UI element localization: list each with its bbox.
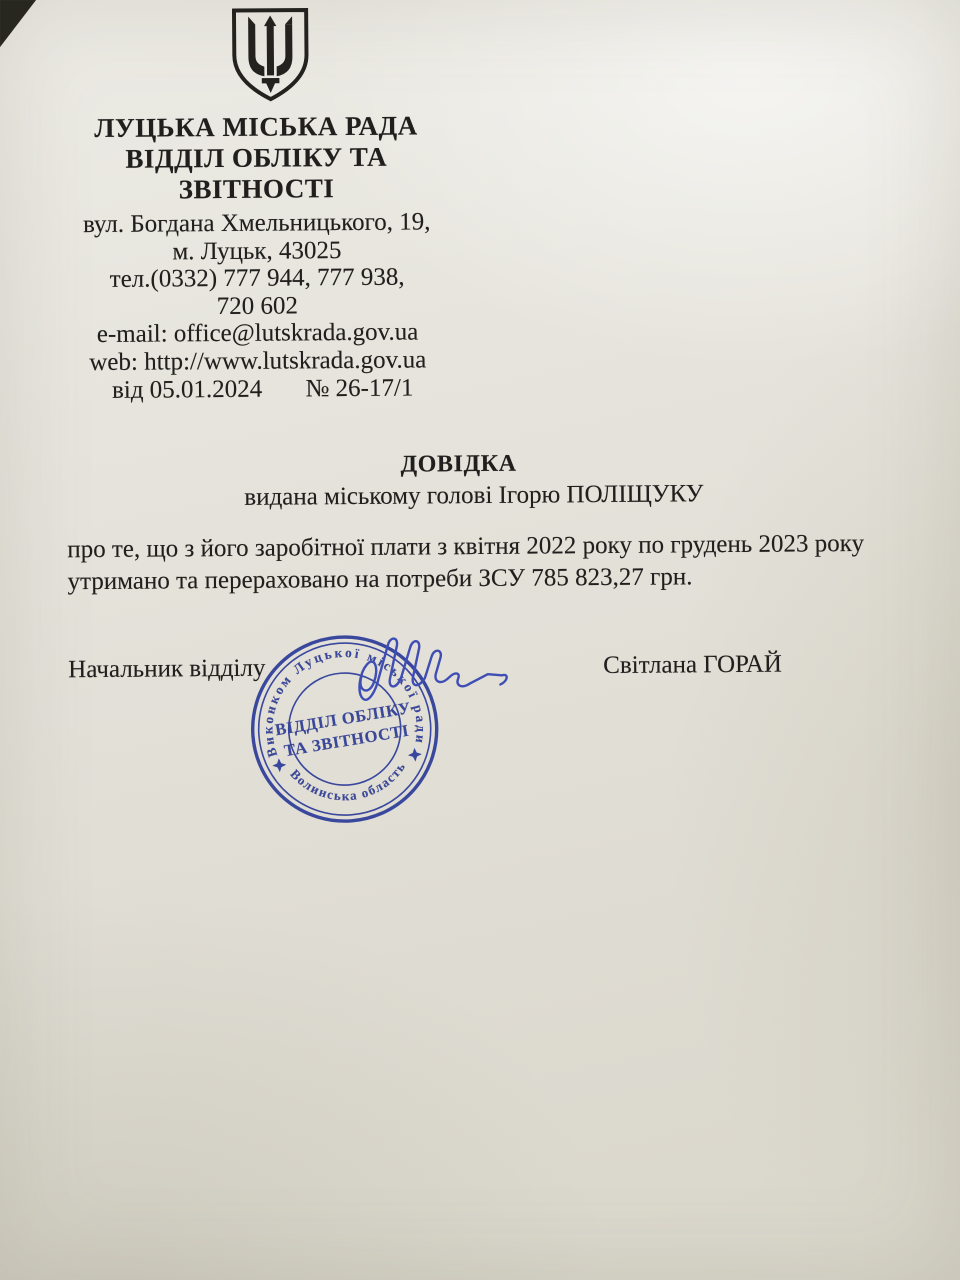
signer-position: Начальник відділу — [68, 655, 265, 685]
org-name-line2: ВІДДІЛ ОБЛІКУ ТА — [33, 141, 479, 176]
trident-icon — [248, 15, 293, 93]
document-content: ЛУЦЬКА МІСЬКА РАДА ВІДДІЛ ОБЛІКУ ТА ЗВІТ… — [0, 0, 960, 1280]
phone-line2: 720 602 — [34, 290, 480, 321]
ukraine-trident-emblem — [226, 5, 315, 105]
address-line: вул. Богдана Хмельницького, 19, — [34, 208, 480, 239]
email-line: e-mail: office@lutskrada.gov.ua — [34, 318, 480, 349]
body-line: утримано та перераховано на потреби ЗСУ … — [67, 559, 903, 597]
stamp-star-icon — [407, 747, 422, 762]
document-subtitle: видана міському голові Ігорю ПОЛІЩУКУ — [0, 478, 948, 513]
ref-number: № 26-17/1 — [305, 375, 413, 403]
letterhead: ЛУЦЬКА МІСЬКА РАДА ВІДДІЛ ОБЛІКУ ТА ЗВІТ… — [32, 4, 481, 376]
body-paragraph: про те, що з його заробітної плати з кві… — [67, 528, 903, 598]
handwritten-signature — [345, 616, 534, 719]
phone-line: тел.(0332) 777 944, 777 938, — [34, 263, 480, 294]
ref-date: від 05.01.2024 — [112, 376, 262, 404]
city-line: м. Луцьк, 43025 — [34, 235, 480, 266]
signer-name: Світлана ГОРАЙ — [603, 651, 782, 680]
scanned-document-page: ЛУЦЬКА МІСЬКА РАДА ВІДДІЛ ОБЛІКУ ТА ЗВІТ… — [0, 0, 960, 1280]
web-line: web: http://www.lutskrada.gov.ua — [35, 345, 481, 376]
org-name-line1: ЛУЦЬКА МІСЬКА РАДА — [33, 110, 479, 145]
stamp-star-icon — [272, 758, 287, 773]
body-line: про те, що з його заробітної плати з кві… — [67, 528, 903, 566]
org-name-line3: ЗВІТНОСТІ — [33, 172, 479, 207]
reference-line: від 05.01.2024 № 26-17/1 — [112, 375, 414, 405]
document-title: ДОВІДКА — [0, 448, 918, 482]
